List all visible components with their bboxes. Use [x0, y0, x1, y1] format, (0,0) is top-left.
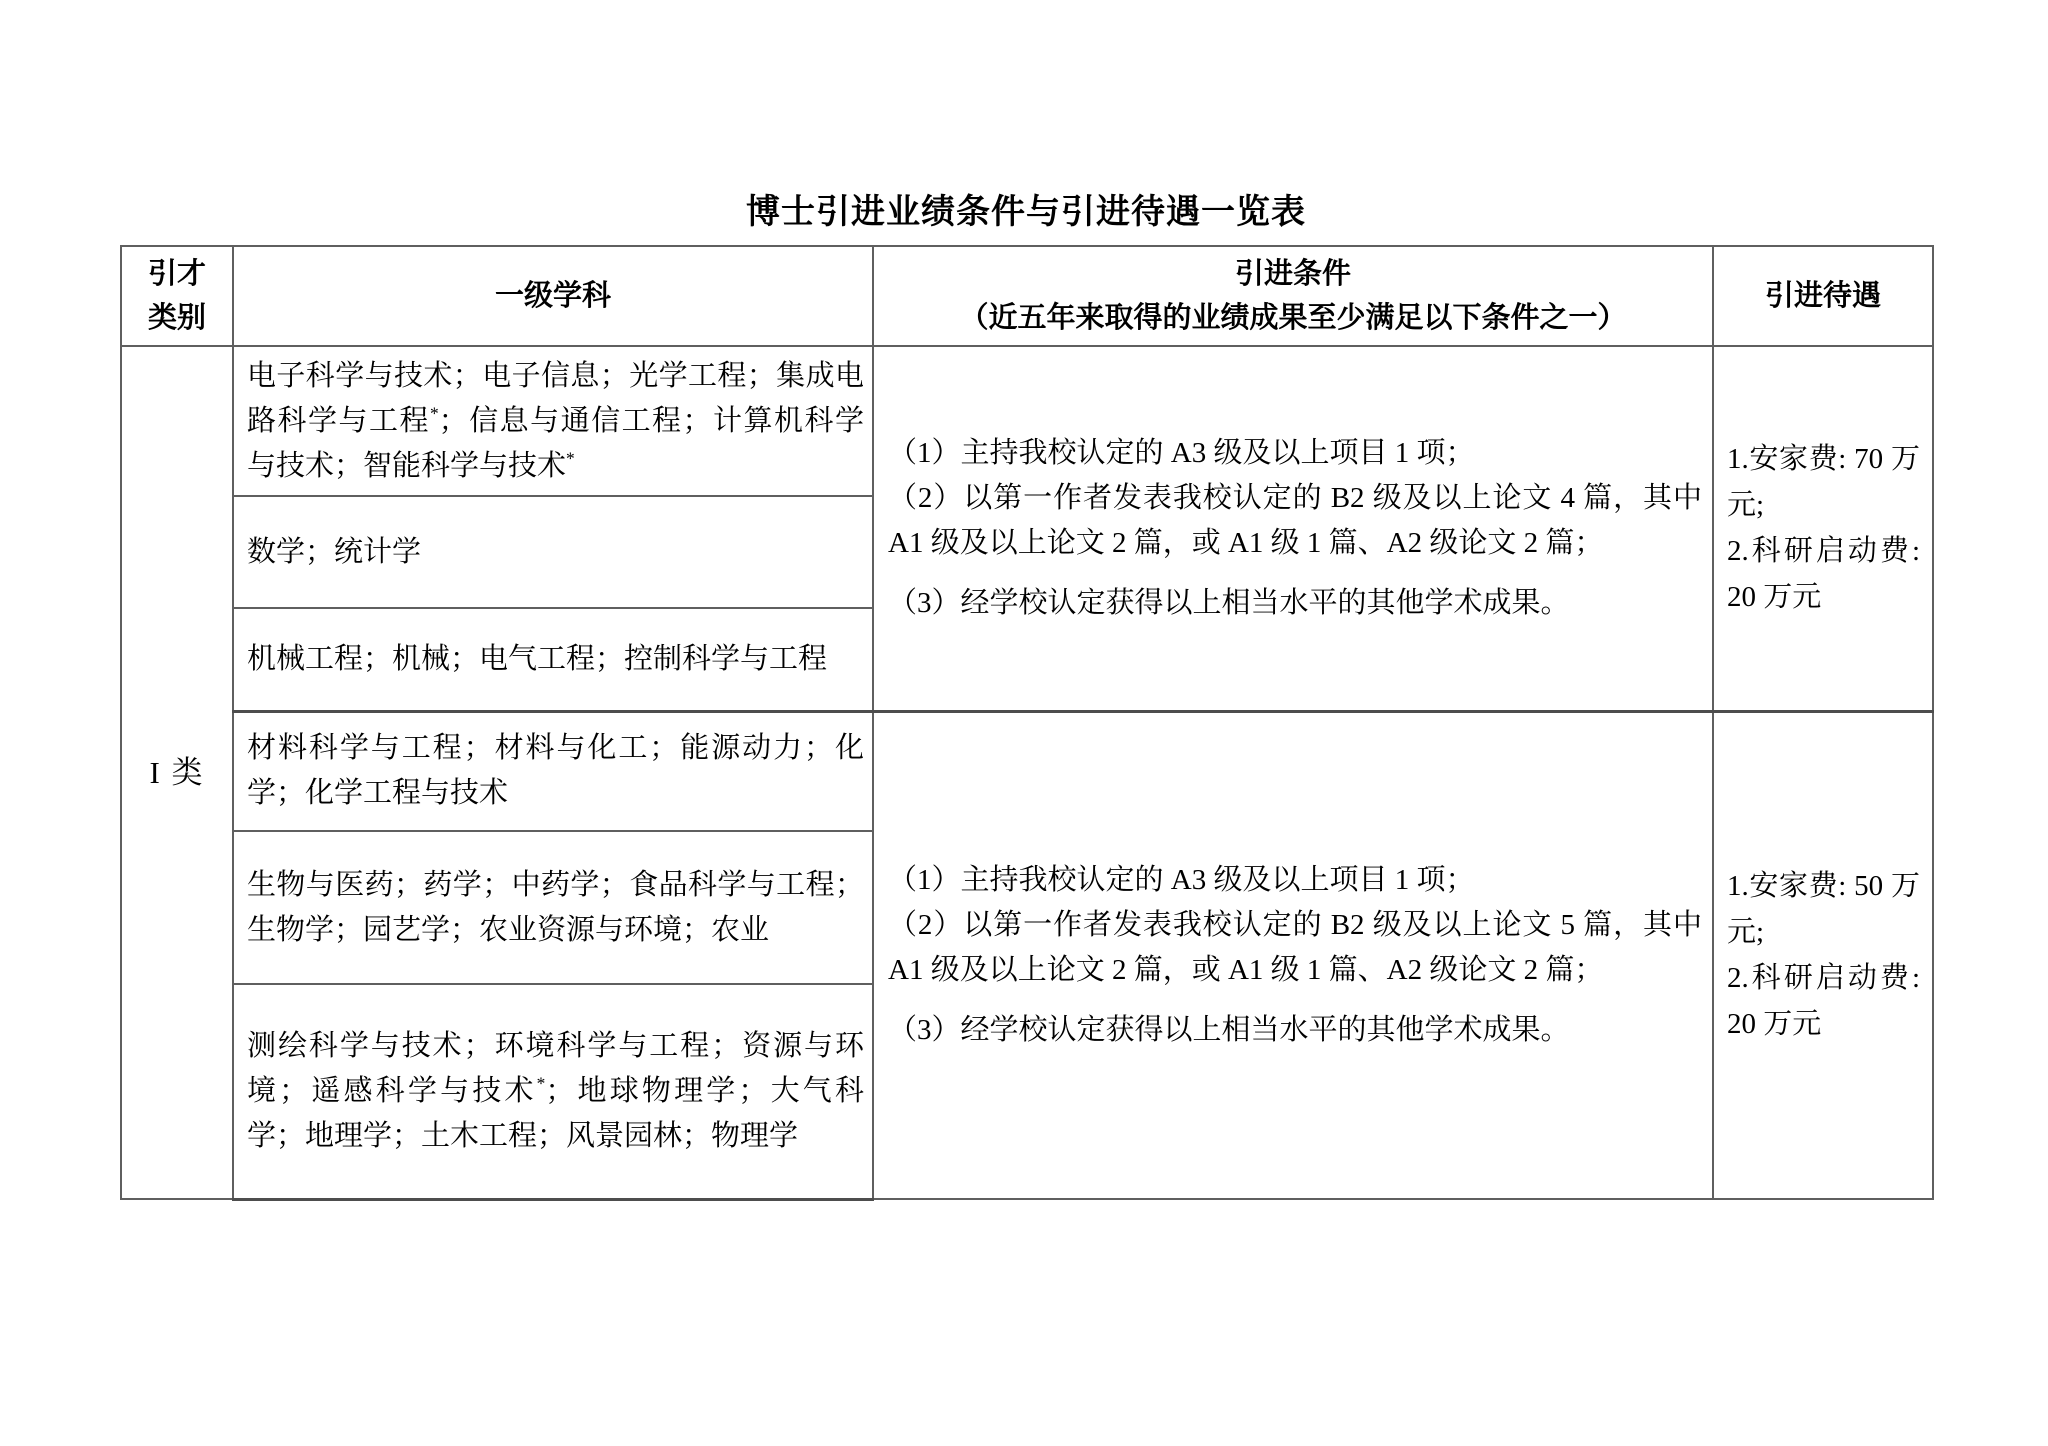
- asterisk-superscript: *: [537, 1073, 546, 1093]
- page-title: 博士引进业绩条件与引进待遇一览表: [120, 190, 1932, 234]
- header-category-line2: 类别: [128, 296, 226, 340]
- table-body: I 类 电子科学与技术；电子信息；光学工程；集成电路科学与工程*；信息与通信工程…: [121, 346, 1933, 1199]
- discipline-cell-biology: 生物与医药；药学；中药学；食品科学与工程；生物学；园艺学；农业资源与环境；农业: [233, 831, 873, 984]
- header-discipline: 一级学科: [233, 246, 873, 346]
- discipline-cell-materials: 材料科学与工程；材料与化工；能源动力；化学；化学工程与技术: [233, 711, 873, 831]
- category-cell: I 类: [121, 346, 233, 1199]
- header-conditions-title: 引进条件: [880, 252, 1706, 296]
- benefits-cell-group2: 1.安家费: 50 万元; 2.科研启动费: 20 万元: [1713, 711, 1933, 1199]
- header-category: 引才 类别: [121, 246, 233, 346]
- benefit-item-settling: 1.安家费: 50 万元;: [1727, 863, 1920, 955]
- conditions-cell-group2: （1）主持我校认定的 A3 级及以上项目 1 项； （2）以第一作者发表我校认定…: [873, 711, 1713, 1199]
- asterisk-superscript: *: [430, 403, 439, 423]
- document-page: 博士引进业绩条件与引进待遇一览表 引才 类别 一级学科 引进条件 （近五年来取得…: [0, 0, 2048, 1201]
- discipline-cell-electronics: 电子科学与技术；电子信息；光学工程；集成电路科学与工程*；信息与通信工程；计算机…: [233, 346, 873, 496]
- table-row: I 类 电子科学与技术；电子信息；光学工程；集成电路科学与工程*；信息与通信工程…: [121, 346, 1933, 496]
- header-row: 引才 类别 一级学科 引进条件 （近五年来取得的业绩成果至少满足以下条件之一） …: [121, 246, 1933, 346]
- header-conditions: 引进条件 （近五年来取得的业绩成果至少满足以下条件之一）: [873, 246, 1713, 346]
- condition-item-1: （1）主持我校认定的 A3 级及以上项目 1 项；: [888, 858, 1702, 903]
- benefit-item-research: 2.科研启动费: 20 万元: [1727, 528, 1920, 620]
- condition-item-3: （3）经学校认定获得以上相当水平的其他学术成果。: [888, 581, 1702, 626]
- discipline-cell-geoscience: 测绘科学与技术；环境科学与工程；资源与环境；遥感科学与技术*；地球物理学；大气科…: [233, 984, 873, 1199]
- condition-item-1: （1）主持我校认定的 A3 级及以上项目 1 项；: [888, 431, 1702, 476]
- benefit-item-settling: 1.安家费: 70 万元;: [1727, 436, 1920, 528]
- header-benefits: 引进待遇: [1713, 246, 1933, 346]
- conditions-cell-group1: （1）主持我校认定的 A3 级及以上项目 1 项； （2）以第一作者发表我校认定…: [873, 346, 1713, 711]
- condition-item-2: （2）以第一作者发表我校认定的 B2 级及以上论文 4 篇，其中 A1 级及以上…: [888, 476, 1702, 566]
- discipline-cell-mechanical: 机械工程；机械；电气工程；控制科学与工程: [233, 608, 873, 711]
- header-conditions-note: （近五年来取得的业绩成果至少满足以下条件之一）: [880, 296, 1706, 340]
- table-header: 引才 类别 一级学科 引进条件 （近五年来取得的业绩成果至少满足以下条件之一） …: [121, 246, 1933, 346]
- condition-item-2: （2）以第一作者发表我校认定的 B2 级及以上论文 5 篇，其中 A1 级及以上…: [888, 903, 1702, 993]
- benefits-cell-group1: 1.安家费: 70 万元; 2.科研启动费: 20 万元: [1713, 346, 1933, 711]
- discipline-cell-math: 数学；统计学: [233, 496, 873, 608]
- benefit-item-research: 2.科研启动费: 20 万元: [1727, 955, 1920, 1047]
- asterisk-superscript: *: [566, 448, 575, 468]
- header-category-line1: 引才: [128, 252, 226, 296]
- condition-item-3: （3）经学校认定获得以上相当水平的其他学术成果。: [888, 1008, 1702, 1053]
- table-row: 材料科学与工程；材料与化工；能源动力；化学；化学工程与技术 （1）主持我校认定的…: [121, 711, 1933, 831]
- recruitment-table: 引才 类别 一级学科 引进条件 （近五年来取得的业绩成果至少满足以下条件之一） …: [120, 245, 1934, 1201]
